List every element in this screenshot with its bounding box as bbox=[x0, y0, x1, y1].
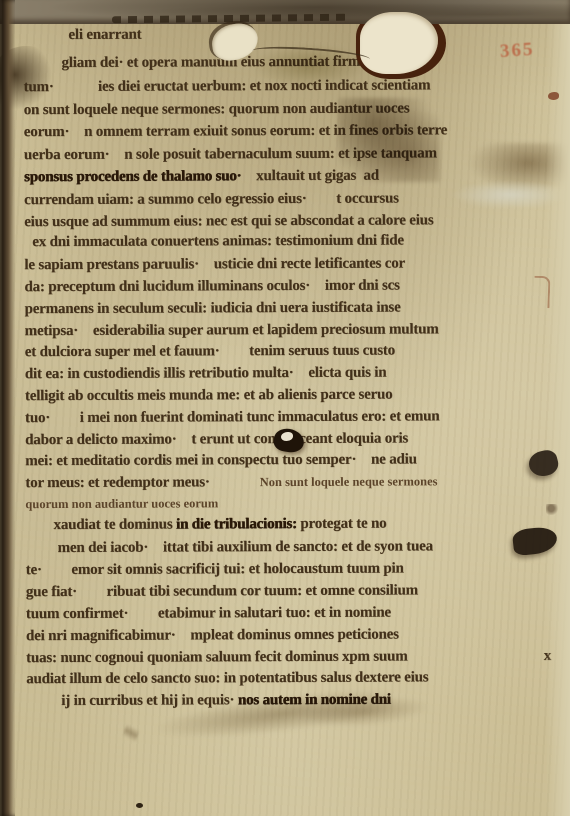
line-text: men dei iacob· ittat tibi auxilium de sa… bbox=[58, 538, 433, 556]
manuscript-line: eli enarrant bbox=[23, 23, 570, 47]
manuscript-line: ij in curribus et hij in equis· nos aute… bbox=[26, 689, 570, 713]
line-text: currendam uiam: a summo celo egressio ei… bbox=[24, 191, 399, 209]
line-text: dabor a delicto maximo· t erunt ut compl… bbox=[25, 430, 408, 448]
manuscript-line: currendam uiam: a summo celo egressio ei… bbox=[24, 188, 551, 212]
line-text: tor meus: et redemptor meus· bbox=[25, 474, 209, 491]
manuscript-line: et dulciora super mel et fauum· tenim se… bbox=[25, 340, 552, 364]
line-text: ex dni immaculata conuertens animas: tes… bbox=[32, 232, 404, 250]
manuscript-line: telligit ab occultis meis munda me: et a… bbox=[25, 384, 552, 408]
line-text: gue fiat· ribuat tibi secundum cor tuum:… bbox=[26, 582, 418, 600]
manuscript-line: on sunt loquele neque sermones: quorum n… bbox=[24, 98, 551, 122]
line-text: ij in curribus et hij in equis· bbox=[61, 692, 238, 709]
line-text: xaudiat te dominus bbox=[53, 516, 176, 533]
line-text: le sapiam prestans paruulis· usticie dni… bbox=[24, 255, 405, 273]
line-text: permanens in seculum seculi: iudicia dni… bbox=[25, 299, 401, 317]
line-text: in die tribulacionis: bbox=[176, 516, 297, 533]
line-text: quorum non audiantur uoces eorum bbox=[25, 496, 218, 511]
manuscript-line: xaudiat te dominus in die tribulacionis:… bbox=[25, 513, 570, 537]
manuscript-line: uerba eorum· n sole posuit tabernaculum … bbox=[24, 143, 551, 167]
manuscript-line: tuum confirmet· etabimur in salutari tuo… bbox=[26, 602, 553, 626]
line-text: protegat te no bbox=[297, 516, 387, 532]
manuscript-line: tuo· i mei non fuerint dominati tunc imm… bbox=[25, 406, 552, 430]
manuscript-line: gliam dei· et opera manuum eius annuntia… bbox=[23, 51, 570, 75]
manuscript-line: da: preceptum dni lucidum illuminans ocu… bbox=[24, 275, 551, 299]
line-text: tuum confirmet· etabimur in salutari tuo… bbox=[26, 605, 391, 623]
manuscript-line: men dei iacob· ittat tibi auxilium de sa… bbox=[26, 536, 570, 560]
line-text: uerba eorum· n sole posuit tabernaculum … bbox=[24, 145, 437, 163]
line-text: dit ea: in custodiendis illis retributio… bbox=[25, 365, 387, 383]
line-text: dei nri magnificabimur· mpleat dominus o… bbox=[26, 627, 399, 645]
line-text: eorum· n omnem terram exiuit sonus eorum… bbox=[24, 122, 447, 140]
line-text: eli enarrant bbox=[68, 27, 141, 43]
manuscript-line: gue fiat· ribuat tibi secundum cor tuum:… bbox=[26, 580, 553, 604]
manuscript-line: te· emor sit omnis sacrificij tui: et ho… bbox=[26, 558, 553, 582]
line-text: metipsa· esiderabilia super aurum et lap… bbox=[25, 321, 439, 339]
line-text: audiat illum de celo sancto suo: in pote… bbox=[26, 669, 428, 687]
line-text: x bbox=[544, 646, 551, 667]
manuscript-line: dei nri magnificabimur· mpleat dominus o… bbox=[26, 624, 553, 648]
line-text: nos autem in nomine dni bbox=[238, 692, 391, 709]
line-text: tuo· i mei non fuerint dominati tunc imm… bbox=[25, 408, 439, 426]
manuscript-line: le sapiam prestans paruulis· usticie dni… bbox=[24, 253, 551, 277]
line-text: te· emor sit omnis sacrificij tui: et ho… bbox=[26, 560, 404, 578]
line-text: sponsus procedens de thalamo suo· bbox=[24, 168, 241, 185]
line-text: tum· ies diei eructat uerbum: et nox noc… bbox=[24, 77, 431, 95]
line-text: on sunt loquele neque sermones: quorum n… bbox=[24, 100, 410, 118]
manuscript-line: permanens in seculum seculi: iudicia dni… bbox=[25, 297, 552, 321]
line-text: telligit ab occultis meis munda me: et a… bbox=[25, 387, 393, 405]
line-text: mei: et meditatio cordis mei in conspect… bbox=[25, 451, 417, 469]
manuscript-page: eli enarrantgliam dei· et opera manuum e… bbox=[0, 0, 570, 816]
line-text: eius usque ad summum eius: nec est qui s… bbox=[24, 212, 433, 230]
line-text: et dulciora super mel et fauum· tenim se… bbox=[25, 343, 395, 361]
manuscript-line: dit ea: in custodiendis illis retributio… bbox=[25, 362, 552, 386]
manuscript-line: eorum· n omnem terram exiuit sonus eorum… bbox=[24, 120, 551, 144]
manuscript-line: mei: et meditatio cordis mei in conspect… bbox=[25, 449, 552, 473]
line-text: gliam dei· et opera manuum eius annuntia… bbox=[61, 54, 394, 71]
text-block: eli enarrantgliam dei· et opera manuum e… bbox=[0, 0, 570, 816]
line-text: Non sunt loquele neque sermones bbox=[210, 474, 438, 489]
manuscript-line: sponsus procedens de thalamo suo· xultau… bbox=[24, 165, 551, 189]
manuscript-line: audiat illum de celo sancto suo: in pote… bbox=[26, 667, 553, 691]
manuscript-line: ex dni immaculata conuertens animas: tes… bbox=[24, 230, 559, 254]
line-text: xultauit ut gigas ad bbox=[241, 168, 379, 185]
line-text: tuas: nunc cognoui quoniam saluum fecit … bbox=[26, 648, 407, 666]
line-text: da: preceptum dni lucidum illuminans ocu… bbox=[24, 277, 399, 295]
manuscript-line: tum· ies diei eructat uerbum: et nox noc… bbox=[24, 75, 551, 99]
